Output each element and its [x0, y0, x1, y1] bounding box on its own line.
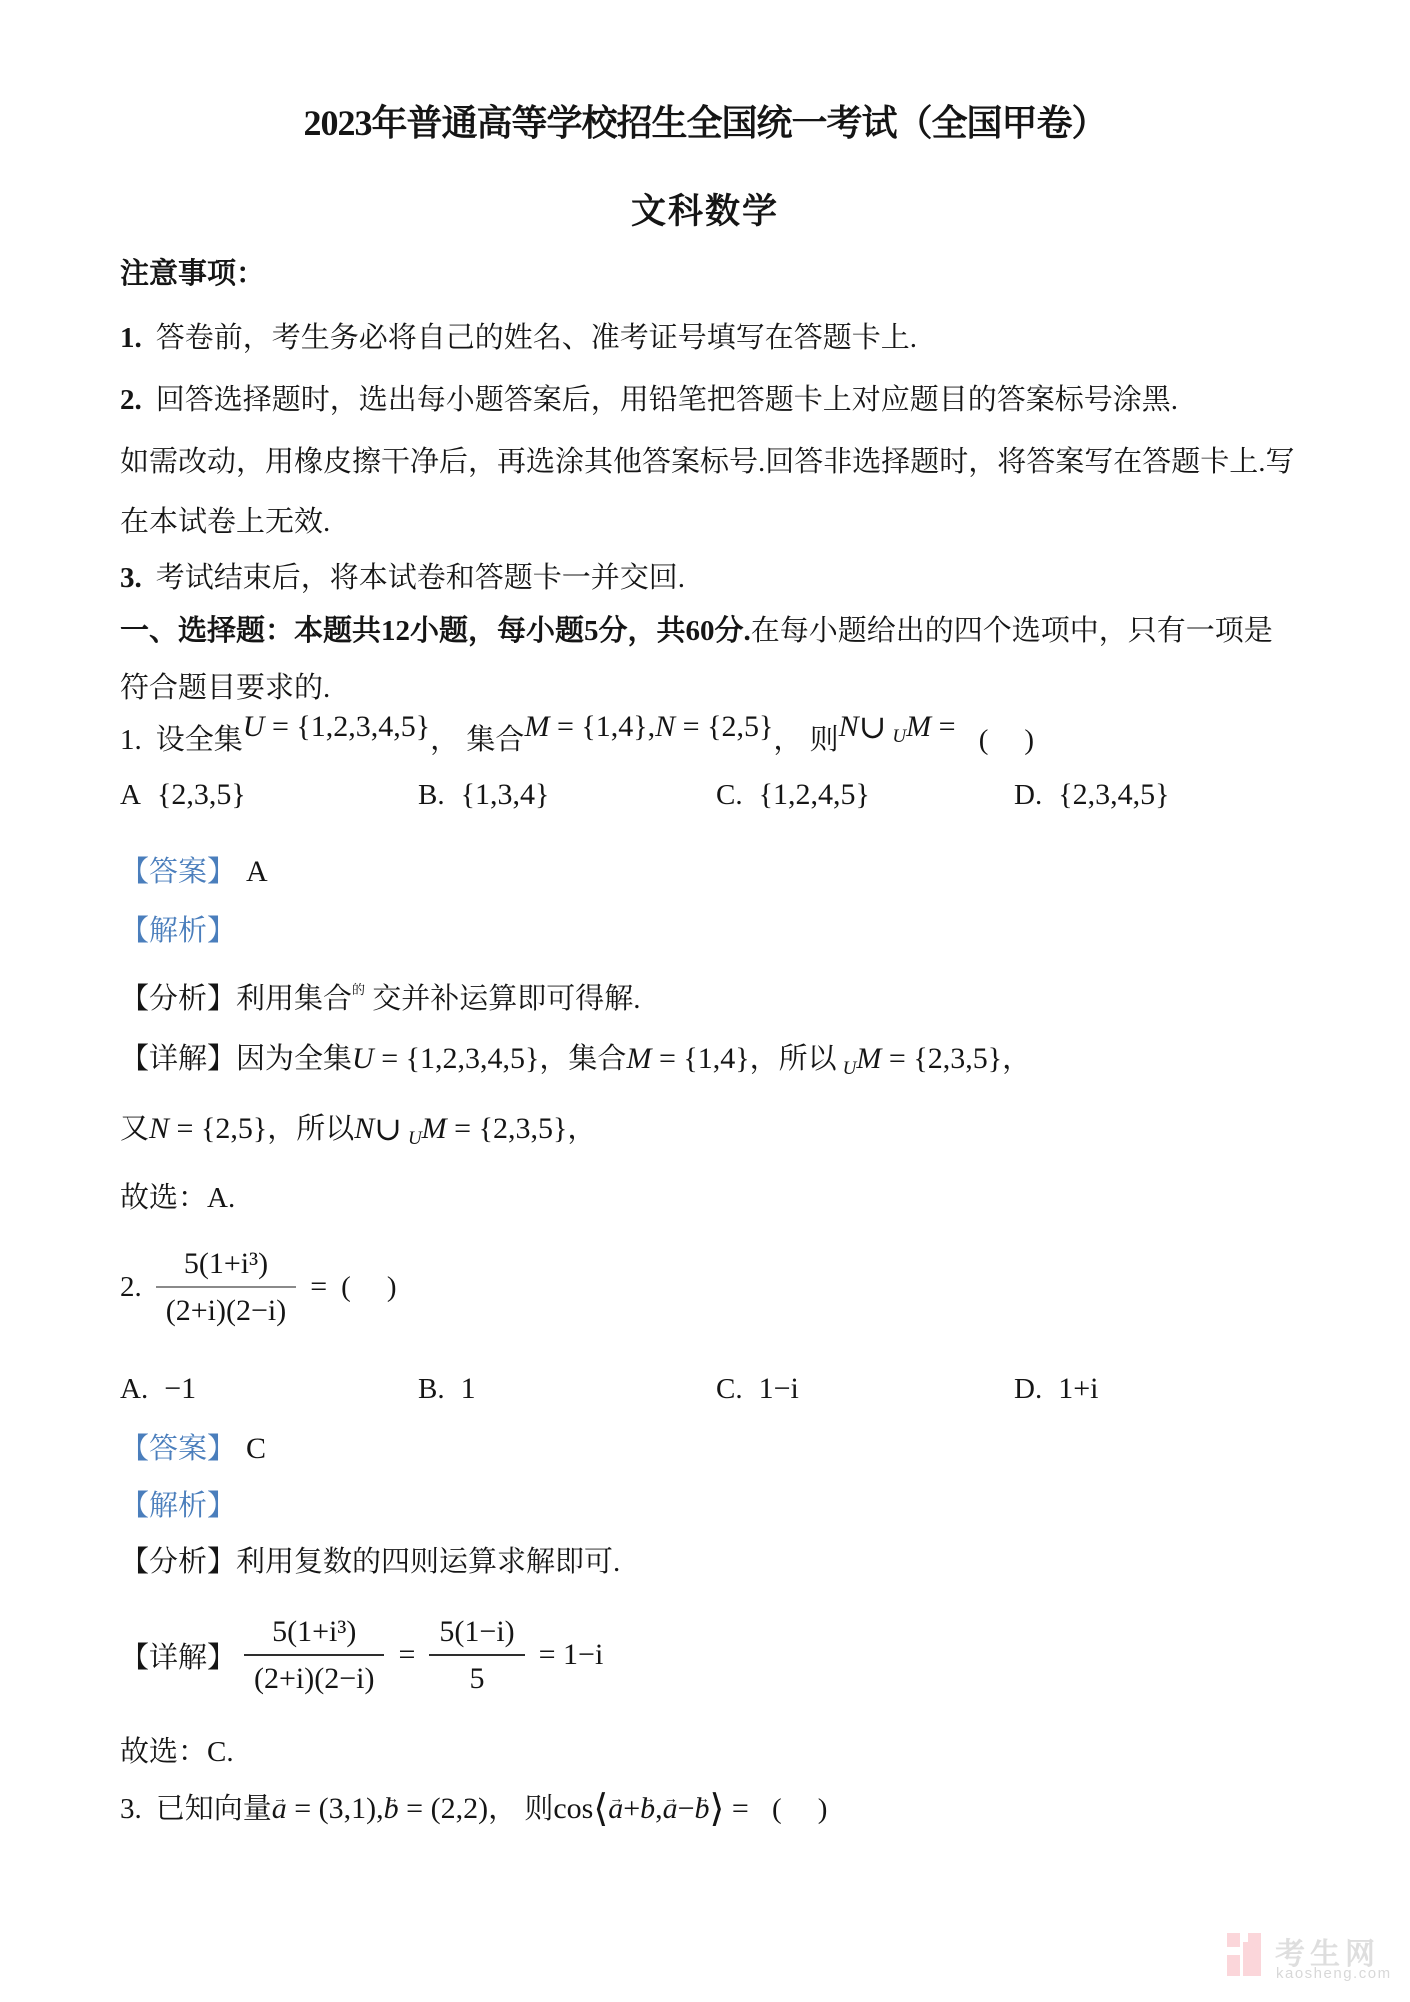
notice-item-2-number: 2.: [120, 384, 142, 416]
question-1-number: 1.: [120, 724, 142, 756]
answer-label: 【答案】: [120, 856, 236, 888]
option-b: B.{1,3,4}: [418, 772, 549, 818]
set-u-value: = {1,2,3,4,5}: [374, 1042, 540, 1075]
question-2-stem: 2. 5(1+i³)(2+i)(2−i) = (): [120, 1235, 396, 1339]
option-a: A{2,3,5}: [120, 772, 246, 818]
option-d: D.{2,3,4,5}: [1014, 772, 1170, 818]
set-m-n-formula: M = {1,4},N = {2,5}: [524, 711, 773, 743]
detail-text: 因为全集: [236, 1043, 352, 1075]
union-symbol: ∪: [859, 710, 887, 746]
var-m: M: [422, 1112, 447, 1145]
vector-a: a: [663, 1788, 678, 1830]
comma: ，: [1002, 1043, 1031, 1075]
option-c-value: 1−i: [759, 1372, 799, 1405]
paren-right: ): [387, 1271, 397, 1303]
paren-left: (: [979, 724, 989, 756]
detail-label: 【详解】: [120, 1635, 236, 1676]
union-complement-formula: N∪UM =: [839, 711, 956, 743]
notice-item-1: 1.答卷前，考生务必将自己的姓名、准考证号填写在答题卡上.: [120, 317, 917, 359]
notice-item-3-text: 考试结束后，将本试卷和答题卡一并交回.: [156, 562, 685, 594]
option-d-value: {2,3,4,5}: [1058, 778, 1169, 811]
set-n-value: = {2,5}: [169, 1112, 267, 1145]
question-3-lead: 已知向量: [156, 1793, 272, 1825]
vector-a-value: = (3,1),: [287, 1792, 384, 1825]
question-1-lead-2: 集合: [466, 724, 524, 756]
question-1-analysis: 【分析】利用集合的 交并补运算即可得解.: [120, 969, 641, 1020]
question-2-analysis: 【分析】利用复数的四则运算求解即可.: [120, 1541, 620, 1583]
set-u-value: = {1,2,3,4,5}: [264, 710, 430, 743]
detail-text: ，集合: [539, 1043, 626, 1075]
page-title: 2023年普通高等学校招生全国统一考试（全国甲卷）: [0, 95, 1410, 146]
fraction-denominator: (2+i)(2−i): [244, 1656, 384, 1698]
question-3-number: 3.: [120, 1793, 142, 1825]
fraction-denominator: (2+i)(2−i): [156, 1288, 296, 1330]
paren-right: ): [818, 1793, 828, 1825]
analysis-superscript: 的: [352, 982, 365, 997]
notice-item-3: 3.考试结束后，将本试卷和答题卡一并交回.: [120, 557, 685, 599]
comma: ，: [488, 1793, 517, 1825]
question-2-number: 2.: [120, 1271, 142, 1304]
option-b-value: 1: [461, 1372, 476, 1405]
complement-subscript-u: U: [892, 726, 906, 747]
paren-left: (: [772, 1793, 782, 1825]
question-3-lead-2: 则: [524, 1793, 553, 1825]
var-n: N: [354, 1112, 374, 1145]
question-1-detail-line-1: 【详解】因为全集U = {1,2,3,4,5}，集合M = {1,4}，所以UM…: [120, 1038, 1031, 1090]
var-n: N: [149, 1112, 169, 1145]
question-1-lead: 设全集: [156, 724, 243, 756]
fraction: 5(1+i³)(2+i)(2−i): [156, 1245, 296, 1330]
detail-result: = 1−i: [539, 1638, 604, 1672]
fraction-numerator: 5(1+i³): [244, 1613, 384, 1657]
question-2-analysis-header: 【解析】: [120, 1485, 236, 1527]
vector-b-value: = (2,2): [399, 1792, 488, 1825]
notice-item-2-text: 回答选择题时，选出每小题答案后，用铅笔把答题卡上对应题目的答案标号涂黑.: [156, 384, 1178, 416]
fraction: 5(1+i³)(2+i)(2−i): [244, 1613, 384, 1698]
question-1-detail-line-2: 又N = {2,5}，所以N∪UM = {2,3,5}，: [120, 1108, 596, 1160]
question-2-detail: 【详解】 5(1+i³)(2+i)(2−i) = 5(1−i)5 = 1−i: [120, 1602, 617, 1708]
logo-block: [1243, 1942, 1261, 1976]
question-1-lead-3: 则: [810, 724, 839, 756]
logo-block: [1227, 1955, 1240, 1976]
logo-block: [1227, 1933, 1240, 1947]
watermark-domain: kaosheng.com: [1276, 1965, 1392, 1982]
question-1-stem: 1.设全集U = {1,2,3,4,5}， 集合M = {1,4},N = {2…: [120, 719, 1034, 771]
set-n-value: = {2,5}: [675, 710, 773, 743]
question-2-options: A.−1 B.1 C.1−i D.1+i: [120, 1369, 1280, 1409]
option-a-value: {2,3,5}: [157, 778, 246, 811]
answer-parentheses: (): [772, 1793, 827, 1825]
comma: ，: [430, 724, 459, 756]
vector-b: b: [640, 1788, 655, 1830]
set-u-formula: U = {1,2,3,4,5}: [243, 711, 430, 743]
var-m: M: [906, 710, 931, 743]
equals-sign: =: [931, 710, 955, 743]
exam-document-page: 2023年普通高等学校招生全国统一考试（全国甲卷） 文科数学 注意事项： 1.答…: [0, 0, 1410, 2002]
section-one-heading-bold: 一、选择题：本题共12小题，每小题5分，共60分.: [120, 615, 751, 647]
var-n: N: [839, 710, 859, 743]
question-2-conclusion: 故选：C.: [120, 1731, 234, 1773]
section-one-heading-rest: 在每小题给出的四个选项中，只有一项是: [751, 615, 1273, 647]
complement-set-value: = {2,3,5}: [881, 1042, 1002, 1075]
option-d-label: D.: [1014, 1373, 1042, 1405]
notice-item-1-text: 答卷前，考生务必将自己的姓名、准考证号填写在答题卡上.: [156, 322, 917, 354]
answer-value: A: [246, 855, 268, 888]
analysis-label: 【分析】: [120, 1546, 236, 1578]
option-c: C.{1,2,4,5}: [716, 772, 870, 818]
analysis-text: 利用复数的四则运算求解即可.: [236, 1546, 620, 1578]
page-subtitle: 文科数学: [0, 184, 1410, 234]
var-m: M: [856, 1042, 881, 1075]
vector-a: a: [272, 1788, 287, 1830]
option-b: B.1: [418, 1369, 476, 1409]
option-b-label: B.: [418, 779, 445, 811]
detail-text: ，所以: [750, 1043, 837, 1075]
question-1-analysis-header: 【解析】: [120, 910, 236, 952]
question-1-conclusion: 故选：A.: [120, 1177, 235, 1219]
answer-parentheses: (): [341, 1271, 396, 1304]
watermark: 考生网 kaosheng.com: [1227, 1931, 1402, 1989]
notice-item-2-continuation-2: 在本试卷上无效.: [120, 501, 330, 543]
detail-label: 【详解】: [120, 1043, 236, 1075]
plus-sign: +: [623, 1792, 640, 1825]
option-c: C.1−i: [716, 1369, 799, 1409]
vector-b: b: [384, 1788, 399, 1830]
paren-left: (: [341, 1271, 351, 1303]
option-d: D.1+i: [1014, 1369, 1098, 1409]
section-one-heading: 一、选择题：本题共12小题，每小题5分，共60分.在每小题给出的四个选项中，只有…: [120, 610, 1273, 652]
result-set-value: = {2,3,5}: [447, 1112, 568, 1145]
minus-sign: −: [678, 1792, 695, 1825]
option-a: A.−1: [120, 1369, 196, 1409]
var-m: M: [626, 1042, 651, 1075]
answer-value: C: [246, 1432, 266, 1465]
option-a-label: A: [120, 779, 141, 811]
comma: ，: [567, 1113, 596, 1145]
answer-label: 【答案】: [120, 1433, 236, 1465]
answer-parentheses: (): [979, 724, 1034, 756]
comma: ，: [773, 724, 802, 756]
notice-heading: 注意事项：: [120, 253, 265, 295]
equals-sign: =: [398, 1638, 415, 1672]
angle-bracket-left: ⟨: [593, 1788, 608, 1830]
option-c-label: C.: [716, 1373, 743, 1405]
paren-right: ): [1024, 724, 1034, 756]
equals-sign: =: [724, 1792, 748, 1825]
comma: ,: [655, 1792, 663, 1825]
notice-item-3-number: 3.: [120, 562, 142, 594]
notice-item-2-continuation-1: 如需改动，用橡皮擦干净后，再选涂其他答案标号.回答非选择题时，将答案写在答题卡上…: [120, 441, 1295, 483]
cos-function: cos: [553, 1792, 593, 1825]
notice-item-2: 2.回答选择题时，选出每小题答案后，用铅笔把答题卡上对应题目的答案标号涂黑.: [120, 379, 1178, 421]
option-a-label: A.: [120, 1373, 148, 1405]
analysis-label: 【分析】: [120, 983, 236, 1015]
analysis-text-rest: 交并补运算即可得解.: [372, 983, 640, 1015]
var-u: U: [352, 1042, 374, 1075]
detail-text: 又: [120, 1113, 149, 1145]
set-m-value: = {1,4},: [549, 710, 655, 743]
var-u: U: [243, 710, 265, 743]
option-d-label: D.: [1014, 779, 1042, 811]
equals-sign: =: [310, 1270, 327, 1304]
vector-a: a: [608, 1788, 623, 1830]
detail-text: ，所以: [267, 1113, 354, 1145]
fraction-denominator: 5: [429, 1656, 524, 1698]
union-symbol: ∪: [374, 1112, 402, 1148]
complement-subscript-u: U: [843, 1058, 857, 1079]
fraction-numerator: 5(1−i): [429, 1613, 524, 1657]
option-b-value: {1,3,4}: [461, 778, 550, 811]
option-b-label: B.: [418, 1373, 445, 1405]
option-c-label: C.: [716, 779, 743, 811]
question-1-answer: 【答案】A: [120, 851, 268, 893]
var-m: M: [524, 710, 549, 743]
angle-bracket-right: ⟩: [710, 1788, 725, 1830]
vector-b: b: [695, 1788, 710, 1830]
set-m-value: = {1,4}: [651, 1042, 749, 1075]
fraction: 5(1−i)5: [429, 1613, 524, 1698]
question-3-stem: 3.已知向量a = (3,1),b = (2,2)， 则cos⟨a+b,a−b⟩…: [120, 1788, 827, 1830]
notice-item-1-number: 1.: [120, 322, 142, 354]
analysis-text-pre: 利用集合: [236, 983, 352, 1015]
option-c-value: {1,2,4,5}: [759, 778, 870, 811]
question-1-options: A{2,3,5} B.{1,3,4} C.{1,2,4,5} D.{2,3,4,…: [120, 772, 1280, 818]
section-one-heading-line-2: 符合题目要求的.: [120, 667, 330, 709]
option-d-value: 1+i: [1058, 1372, 1098, 1405]
question-2-answer: 【答案】C: [120, 1428, 266, 1470]
var-n: N: [655, 710, 675, 743]
fraction-numerator: 5(1+i³): [156, 1245, 296, 1289]
complement-subscript-u: U: [408, 1128, 422, 1149]
option-a-value: −1: [164, 1372, 196, 1405]
